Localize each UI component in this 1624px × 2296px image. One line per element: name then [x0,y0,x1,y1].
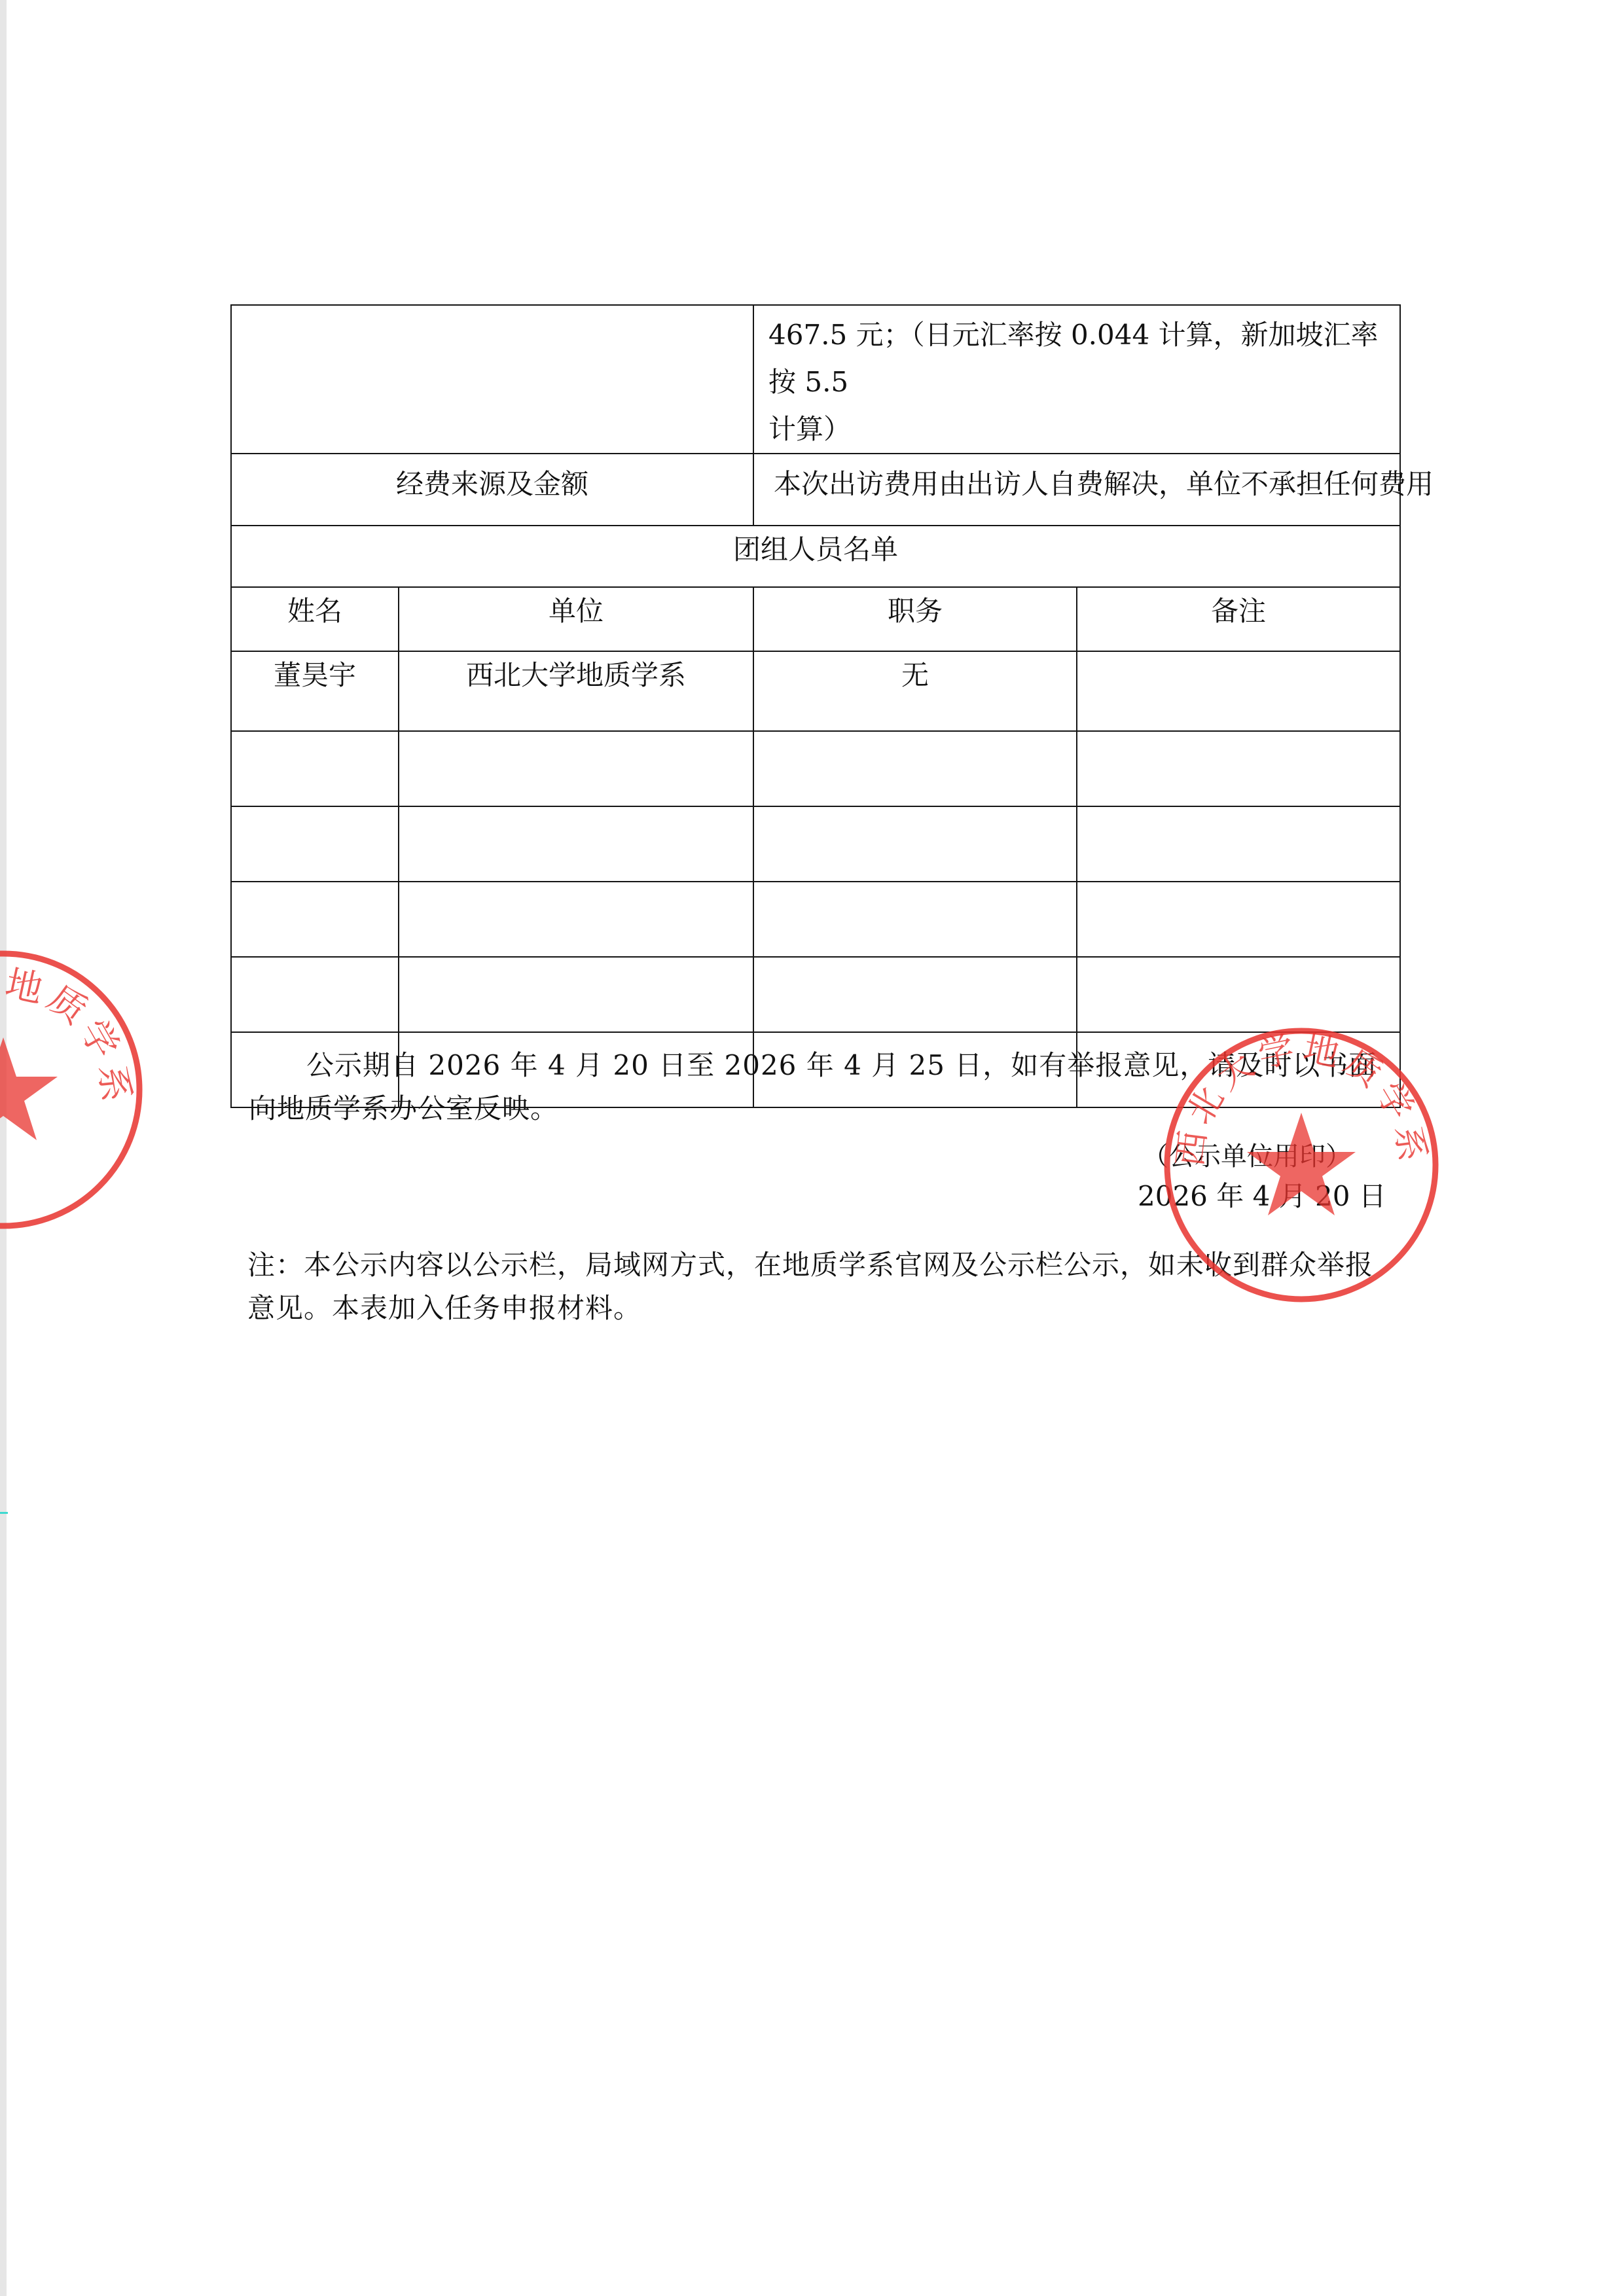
sign-date: 2026 年 4 月 20 日 [1138,1175,1386,1214]
exchange-rate-line-2: 计算） [768,406,1388,453]
seal-text-left: 西北大学地质学系 [0,962,137,1109]
svg-text:西北大学地质学系: 西北大学地质学系 [0,962,137,1109]
funding-value: 本次出访费用由出访人自费解决，单位不承担任何费用 [753,454,1400,526]
member-position [753,731,1077,806]
member-unit [399,731,753,806]
publicity-notice: 公示期自 2026 年 4 月 20 日至 2026 年 4 月 25 日，如有… [249,1044,1401,1130]
member-unit [399,882,753,957]
member-name [231,957,399,1032]
member-position: 无 [753,651,1077,731]
table-row [231,806,1400,882]
scan-edge [0,0,7,2296]
application-form-table: 467.5 元；（日元汇率按 0.044 计算，新加坡汇率按 5.5 计算） 经… [230,304,1401,1108]
member-remark [1077,731,1400,806]
star-icon [0,1037,58,1140]
member-remark [1077,651,1400,731]
column-header-position: 职务 [753,587,1077,651]
roster-title: 团组人员名单 [231,526,1400,587]
member-position [753,882,1077,957]
column-header-name: 姓名 [231,587,399,651]
footnote: 注：本公示内容以公示栏，局域网方式，在地质学系官网及公示栏公示，如未收到群众举报… [247,1244,1399,1330]
member-remark [1077,806,1400,882]
member-name [231,882,399,957]
table-row [231,882,1400,957]
continued-value-cell: 467.5 元；（日元汇率按 0.044 计算，新加坡汇率按 5.5 计算） [753,305,1400,454]
column-header-unit: 单位 [399,587,753,651]
continued-label-cell [231,305,753,454]
member-remark [1077,957,1400,1032]
member-position [753,806,1077,882]
official-seal-left: 西北大学地质学系 [0,942,151,1237]
member-name [231,731,399,806]
column-header-remark: 备注 [1077,587,1400,651]
member-position [753,957,1077,1032]
member-name: 董昊宇 [231,651,399,731]
table-row [231,731,1400,806]
funding-row: 经费来源及金额 本次出访费用由出访人自费解决，单位不承担任何费用 [231,454,1400,526]
member-unit [399,957,753,1032]
table-row [231,957,1400,1032]
exchange-rate-line: 467.5 元；（日元汇率按 0.044 计算，新加坡汇率按 5.5 [768,312,1388,406]
member-remark [1077,882,1400,957]
member-name [231,806,399,882]
scan-artifact [0,1512,8,1514]
roster-title-row: 团组人员名单 [231,526,1400,587]
member-unit [399,806,753,882]
stamp-caption: （公示单位用印） [1142,1136,1352,1173]
continued-row: 467.5 元；（日元汇率按 0.044 计算，新加坡汇率按 5.5 计算） [231,305,1400,454]
table-row: 董昊宇 西北大学地质学系 无 [231,651,1400,731]
member-unit: 西北大学地质学系 [399,651,753,731]
funding-label: 经费来源及金额 [231,454,753,526]
roster-header-row: 姓名 单位 职务 备注 [231,587,1400,651]
